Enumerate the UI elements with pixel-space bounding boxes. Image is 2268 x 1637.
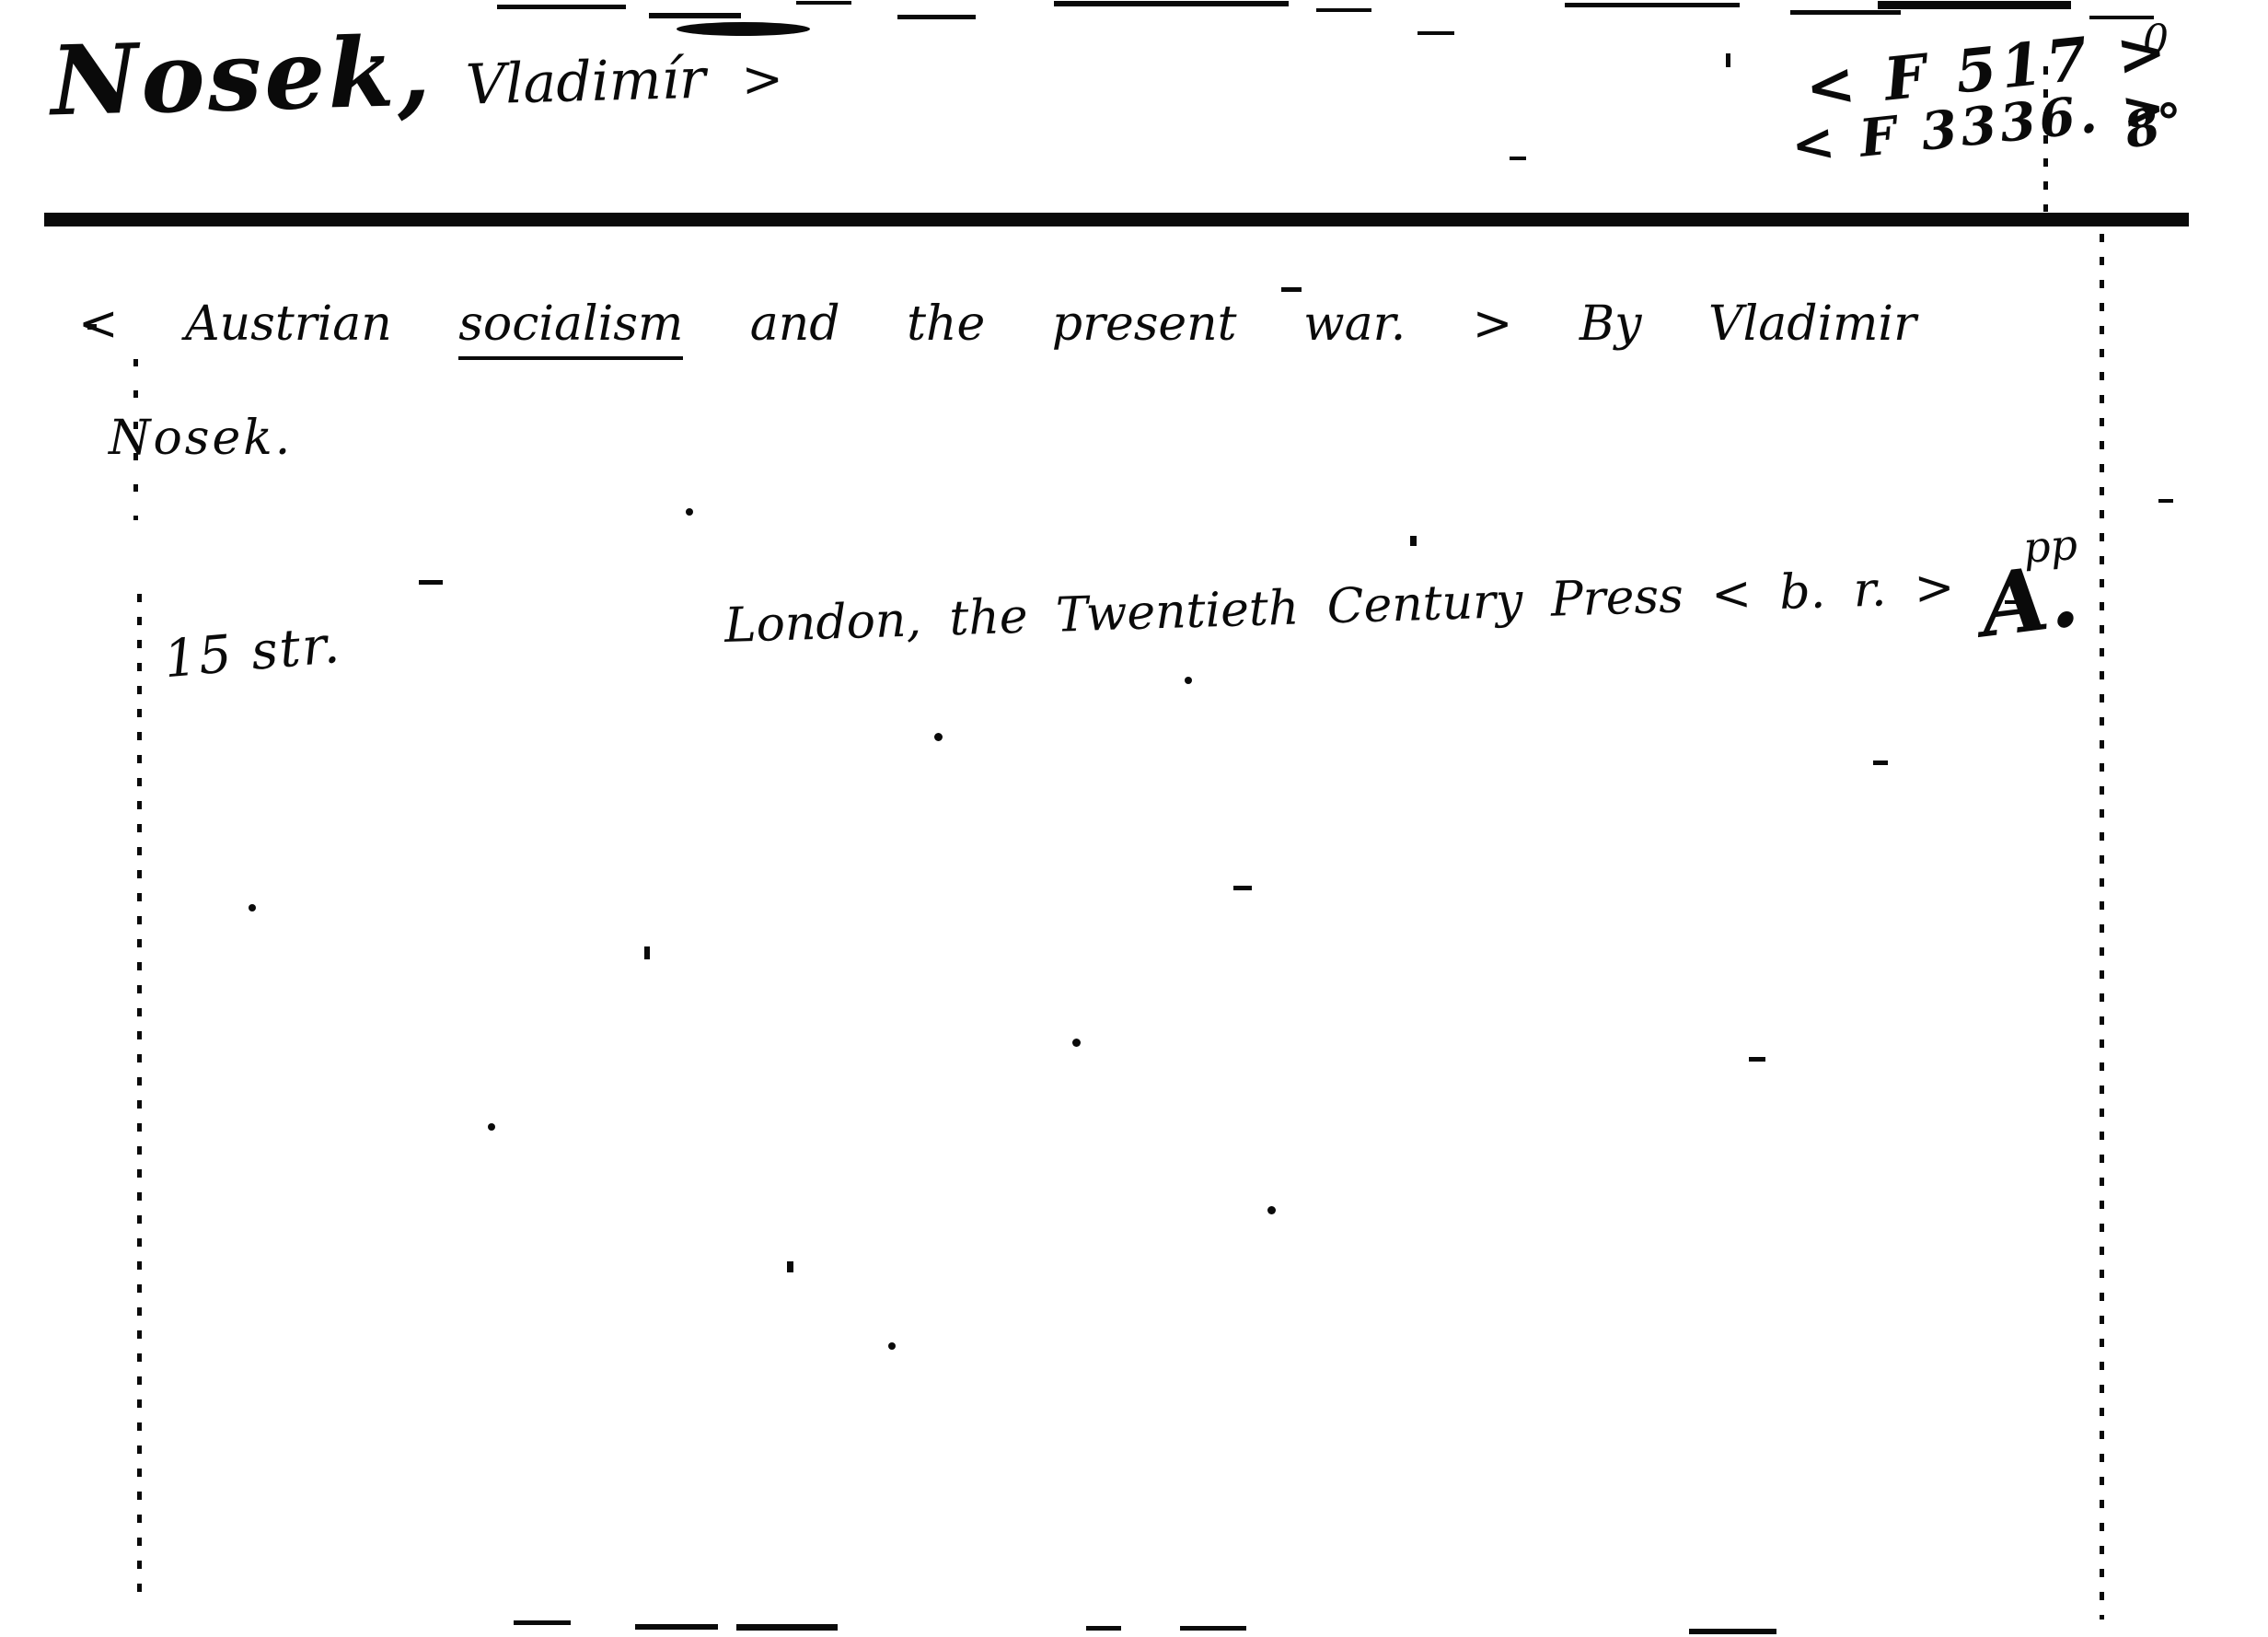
scan-speck xyxy=(87,324,97,330)
call-numbers: < F 517 > < F 3336. > xyxy=(1783,20,2180,173)
scan-speck xyxy=(644,946,650,959)
scan-speck xyxy=(488,1123,495,1131)
author-forename: Vladimír xyxy=(465,47,706,118)
title-lead: < Austrian xyxy=(78,296,392,352)
scan-speck xyxy=(1873,760,1888,765)
scan-speck xyxy=(1510,157,1526,160)
scan-noise-dash xyxy=(1790,10,1901,15)
scan-speck xyxy=(1410,536,1417,546)
title-line-1: < Austrian socialism and the present war… xyxy=(78,296,1916,352)
scan-speck xyxy=(1726,53,1730,67)
scan-noise-dash xyxy=(1180,1626,1246,1631)
scan-noise-dash xyxy=(1565,3,1740,7)
right-margin-dotted-rule-upper xyxy=(2043,66,2048,212)
scan-speck xyxy=(1185,677,1192,684)
scan-noise-dash xyxy=(1054,1,1289,6)
scan-speck xyxy=(787,1261,793,1272)
catalog-card-scan: Nosek, Vladimír > 0 8° < F 517 > < F 333… xyxy=(0,0,2268,1637)
scan-speck xyxy=(2005,600,2018,604)
scan-noise-dash xyxy=(736,1624,838,1631)
author-heading: Nosek, Vladimír > xyxy=(50,6,784,138)
scan-speck xyxy=(249,904,256,911)
scan-noise-dash xyxy=(635,1624,718,1630)
title-rest: and the present war. > By Vladimir xyxy=(750,296,1916,352)
scan-speck xyxy=(1233,886,1252,890)
scan-speck xyxy=(934,733,943,741)
left-margin-dotted-rule-upper xyxy=(133,359,138,520)
scan-noise-dash xyxy=(796,1,851,5)
letter-annotation: A. xyxy=(1975,545,2084,657)
header-rule xyxy=(44,213,2189,226)
title-underlined-word: socialism xyxy=(458,296,683,360)
collation: 15 str. xyxy=(162,615,344,691)
scan-speck xyxy=(1749,1057,1765,1062)
scan-noise-dash xyxy=(1086,1626,1121,1631)
scan-speck xyxy=(1072,1039,1081,1047)
right-margin-dotted-rule xyxy=(2100,234,2104,1620)
imprint: London, the Twentieth Century Press < b.… xyxy=(723,560,1955,654)
scan-speck xyxy=(2158,499,2173,503)
author-surname: Nosek, xyxy=(50,15,434,138)
scan-noise-dash xyxy=(1878,1,2071,9)
scan-noise-dash xyxy=(897,15,976,19)
scan-speck xyxy=(1281,287,1302,292)
scan-speck xyxy=(888,1342,896,1350)
scan-speck xyxy=(419,580,443,585)
scan-speck xyxy=(1267,1206,1276,1214)
scan-noise-dash xyxy=(497,5,626,9)
author-bracket-mark: > xyxy=(741,50,784,109)
scan-noise-dash xyxy=(1316,8,1371,12)
scan-speck xyxy=(686,508,693,516)
left-margin-dotted-rule xyxy=(137,594,142,1599)
scan-noise-dash xyxy=(514,1620,571,1625)
scan-noise-dash xyxy=(1417,31,1454,35)
scan-noise-dash xyxy=(1689,1629,1776,1634)
